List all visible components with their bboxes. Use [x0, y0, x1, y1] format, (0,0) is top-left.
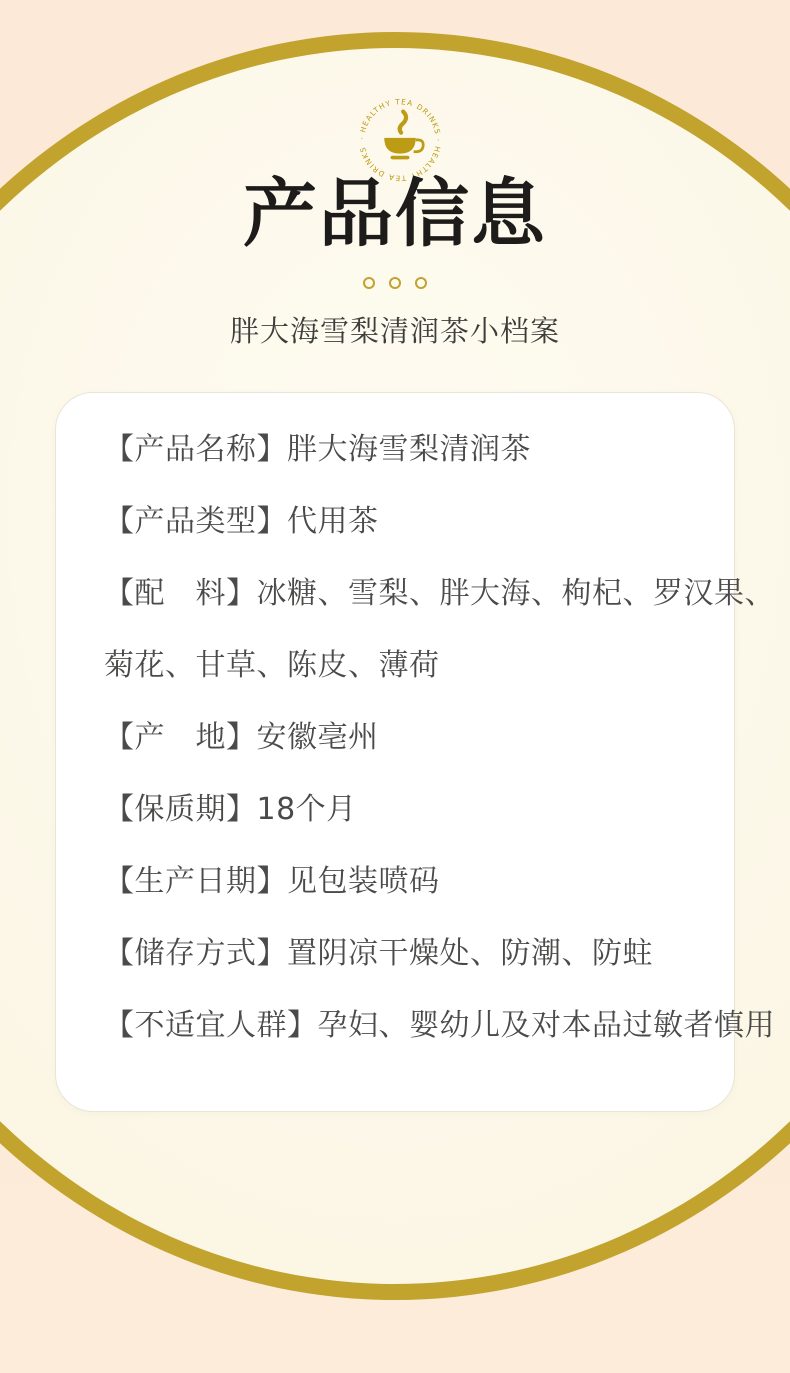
ring-dot-icon [415, 277, 427, 289]
page-subtitle: 胖大海雪梨清润茶小档案 [0, 310, 790, 352]
ring-dot-icon [389, 277, 401, 289]
storage-line: 【储存方式】置阴凉干燥处、防潮、防蛀 [104, 918, 694, 990]
production-date-line: 【生产日期】见包装喷码 [104, 846, 694, 918]
ingredients-line: 【配 料】冰糖、雪梨、胖大海、枸杞、罗汉果、 [104, 558, 694, 630]
ring-dot-icon [363, 277, 375, 289]
product-name-line: 【产品名称】胖大海雪梨清润茶 [104, 414, 694, 486]
page-title: 产品信息 [0, 166, 790, 262]
shelf-life-line: 【保质期】18个月 [104, 774, 694, 846]
unsuitable-group-line: 【不适宜人群】孕妇、婴幼儿及对本品过敏者慎用 [104, 990, 694, 1062]
content-area: · HEALTHY TEA DRINKS · HEALTHY TEA DRINK… [0, 0, 790, 1373]
tea-cup-glyph [384, 112, 423, 160]
origin-line: 【产 地】安徽亳州 [104, 702, 694, 774]
ingredients-line-2: 菊花、甘草、陈皮、薄荷 [104, 630, 694, 702]
decorative-rings [0, 277, 790, 289]
product-type-line: 【产品类型】代用茶 [104, 486, 694, 558]
page-background: · HEALTHY TEA DRINKS · HEALTHY TEA DRINK… [0, 0, 790, 1373]
product-info-card: 【产品名称】胖大海雪梨清润茶 【产品类型】代用茶 【配 料】冰糖、雪梨、胖大海、… [55, 392, 735, 1112]
